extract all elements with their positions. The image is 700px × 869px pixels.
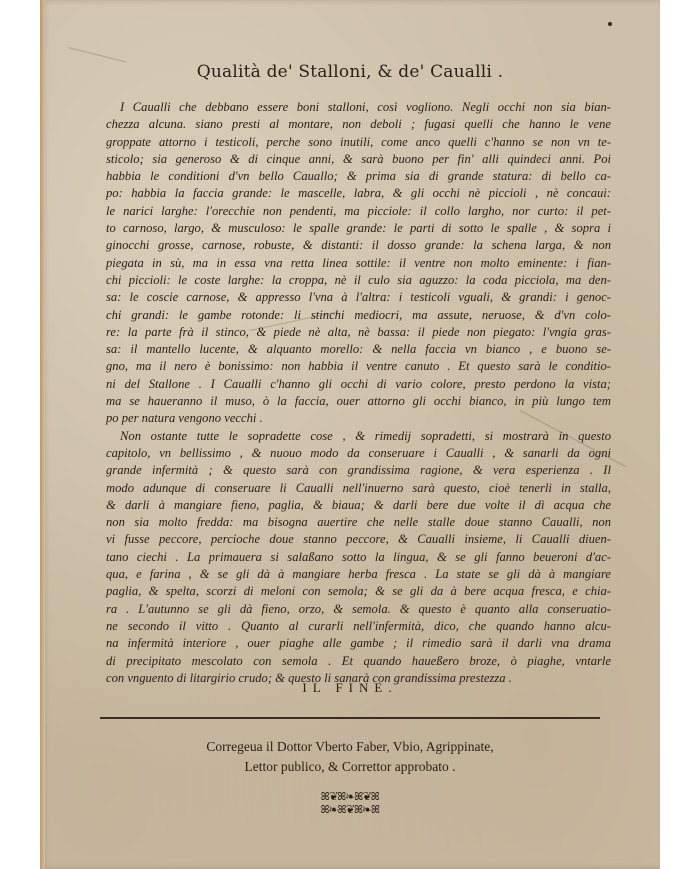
ornament-top-row: ꕤ❦ꕤ❧ꕤ❦ꕤ <box>305 790 395 803</box>
colophon-line-2: Lettor publico, & Correttor approbato . <box>0 757 700 777</box>
end-mark: IL FINE. <box>0 680 700 696</box>
text-line: I Caualli che debbano essere boni stallo… <box>106 99 611 116</box>
text-line: vi fusse peccore, perciochе doue stanno … <box>106 531 611 548</box>
text-line: gno, ma il nero è bonissimo: non habbia … <box>106 358 611 375</box>
text-line: capitolo, vn bellissimo , & nuouo modo d… <box>106 445 611 462</box>
text-line: chezza alcuna. siano presti al montare, … <box>106 116 611 133</box>
text-line: to carnoso, largo, & musculoso: le spall… <box>106 220 611 237</box>
colophon: Corregeua il Dottor Vberto Faber, Vbio, … <box>0 737 700 777</box>
text-line: grande infermità ; & questo sarà con gra… <box>106 462 611 479</box>
text-line: ma se haueranno il muso, ò la faccia, ou… <box>106 393 611 410</box>
text-line: ne secondo il vitto . Quanto al curarli … <box>106 618 611 635</box>
text-line: re: la parte frà il stinco, & piede nè a… <box>106 324 611 341</box>
text-line: chi piccioli: le coste larghe: la croppa… <box>106 272 611 289</box>
text-line: ginocchi grosse, carnose, robuste, & dis… <box>106 237 611 254</box>
text-line: ni del Stallone . I Caualli c'hanno gli … <box>106 376 611 393</box>
text-line: non sia molto fredda: ma bisogna auertir… <box>106 514 611 531</box>
colophon-line-1: Corregeua il Dottor Vberto Faber, Vbio, … <box>0 737 700 757</box>
ornament-bottom-row: ꕤ❧ꕤ❦ꕤ❧ꕤ <box>305 803 395 816</box>
text-line: paglia, & spelta, scorzi di meloni con s… <box>106 583 611 600</box>
text-line: le narici larghe: l'orecchie non pendent… <box>106 203 611 220</box>
printers-ornament-icon: ꕤ❦ꕤ❧ꕤ❦ꕤ ꕤ❧ꕤ❦ꕤ❧ꕤ <box>305 790 395 820</box>
text-line: qua, e farina , & se gli dà à mangiare h… <box>106 566 611 583</box>
body-text: I Caualli che debbano essere boni stallo… <box>106 99 611 687</box>
horizontal-rule <box>100 717 600 719</box>
text-line: piegata in sù, ma in essa vna retta line… <box>106 255 611 272</box>
text-line: po per natura vengono vecchi . <box>106 410 611 427</box>
text-line: di precipitato mescolato con semola . Et… <box>106 653 611 670</box>
text-line: sa: il mantello lucente, & alquanto more… <box>106 341 611 358</box>
ink-speck <box>608 22 612 26</box>
text-line: Non ostante tutte le sopradette cose , &… <box>106 428 611 445</box>
text-line: groppate attorno i testicoli, perche son… <box>106 134 611 151</box>
text-line: modo adunque di conseruare li Caualli ne… <box>106 480 611 497</box>
chapter-heading: Qualità de' Stalloni, & de' Caualli . <box>0 62 700 82</box>
text-line: po: habbia la faccia grande: le mascelle… <box>106 185 611 202</box>
text-line: sticolo; sia generoso & di cinque anni, … <box>106 151 611 168</box>
text-line: na infermità interiore , ouer piaghe all… <box>106 635 611 652</box>
text-line: chi grandi: le gambe rotonde: li stinchi… <box>106 307 611 324</box>
text-line: tano ciechi . La primauera si salaßano s… <box>106 549 611 566</box>
text-line: ra . L'autunno se gli dà fieno, orzo, & … <box>106 601 611 618</box>
text-line: sa: le coscie carnose, & appresso l'vna … <box>106 289 611 306</box>
text-line: habbia le conditioni d'vn bello Cauallo;… <box>106 168 611 185</box>
text-line: & darli à mangiare fieno, paglia, & biau… <box>106 497 611 514</box>
